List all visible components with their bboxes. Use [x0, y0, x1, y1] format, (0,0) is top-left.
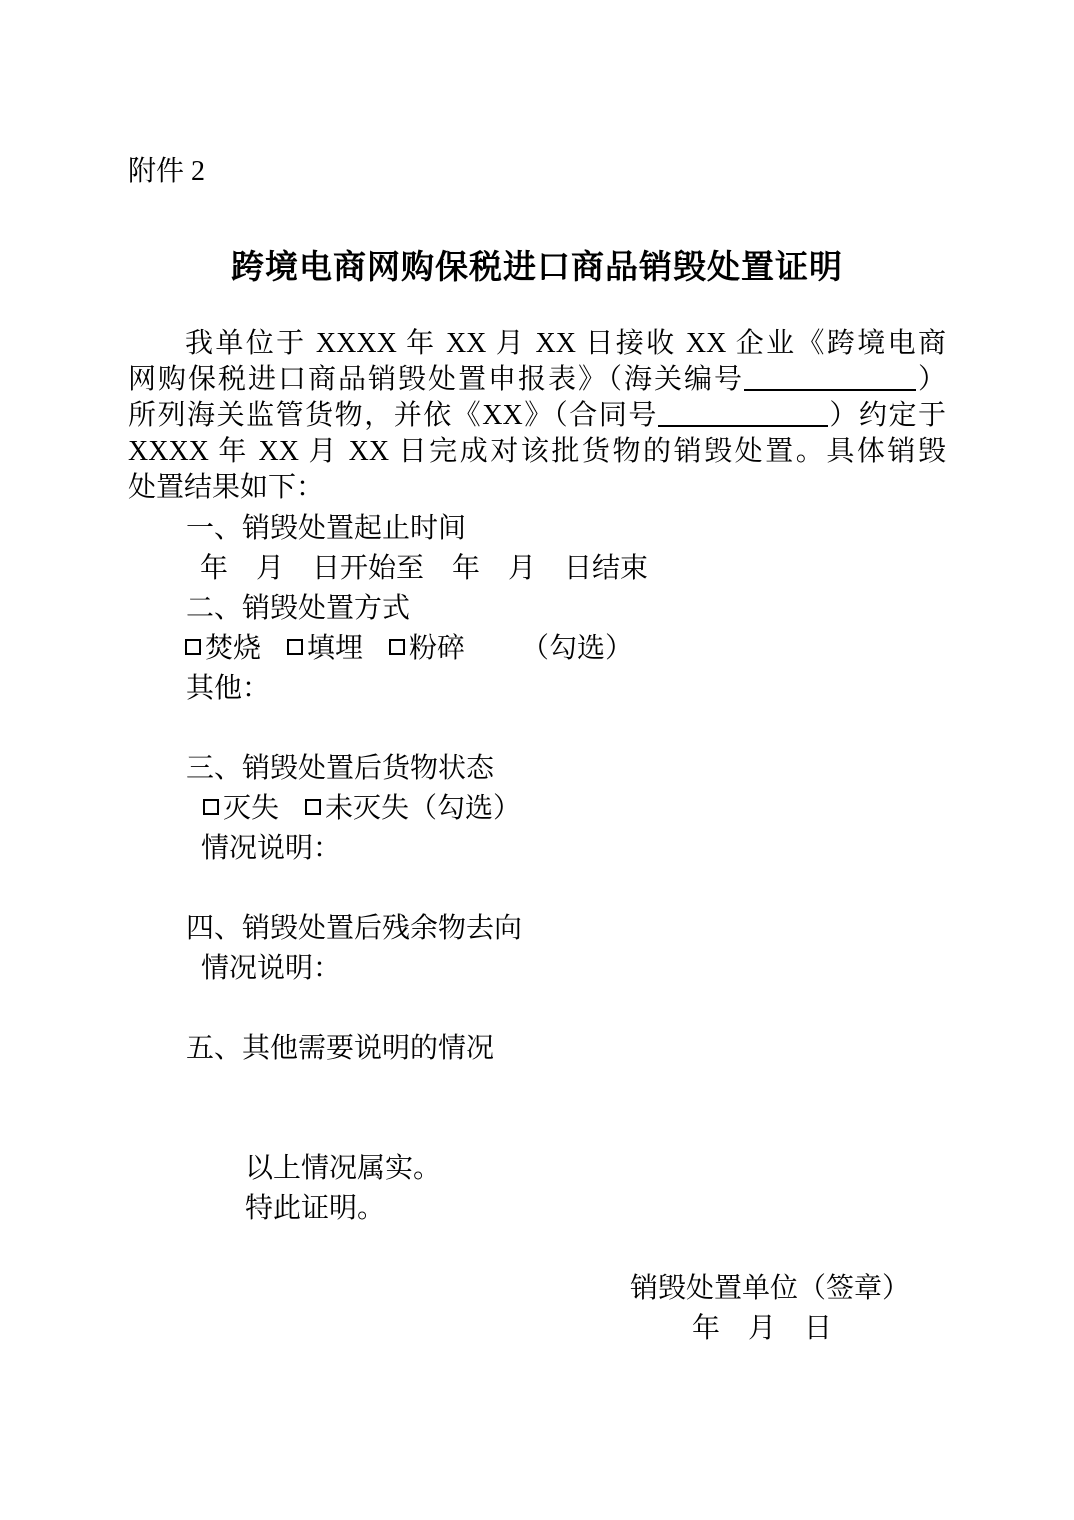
spacer [128, 869, 946, 909]
date-range-line: 年 月 日开始至 年 月 日结束 [128, 549, 946, 589]
checkbox-destroyed-icon [203, 799, 219, 815]
intro-line-3: 所列海关监管货物，并依《XX》（合同号）约定于 [128, 398, 946, 434]
option-landfill: 填埋 [287, 633, 363, 664]
contract-number-blank [658, 405, 828, 427]
tick-hint: （勾选） [521, 633, 633, 664]
signature-unit-label: 销毁处置单位（签章） [128, 1269, 946, 1309]
attachment-label: 附件 2 [128, 154, 205, 190]
spacer [128, 989, 946, 1029]
option-incinerate-label: 焚烧 [205, 633, 261, 664]
option-incinerate: 焚烧 [185, 633, 261, 664]
intro-line-2-text: 网购保税进口商品销毁处置申报表》（海关编号 [128, 364, 744, 395]
spacer [128, 709, 946, 749]
closing-statement-1: 以上情况属实。 [128, 1149, 946, 1189]
option-not-destroyed: 未灭失 [305, 793, 409, 824]
checkbox-not-destroyed-icon [305, 799, 321, 815]
checkbox-incinerate-icon [185, 639, 201, 655]
goods-state-options: 灭失未灭失（勾选） [128, 789, 946, 829]
intro-line-3-text: 所列海关监管货物，并依《XX》（合同号 [128, 400, 658, 431]
spacer [128, 1109, 946, 1149]
other-method-label: 其他： [128, 669, 946, 709]
disposal-method-options: 焚烧填埋粉碎（勾选） [128, 629, 946, 669]
option-not-destroyed-label: 未灭失 [325, 793, 409, 824]
option-landfill-label: 填埋 [307, 633, 363, 664]
intro-line-4: XXXX 年 XX 月 XX 日完成对该批货物的销毁处置。具体销毁 [128, 434, 946, 470]
intro-line-2-close: ） [916, 364, 946, 395]
document-page: 附件 2 跨境电商网购保税进口商品销毁处置证明 我单位于 XXXX 年 XX 月… [0, 0, 1074, 1520]
tick-hint-2: （勾选） [409, 793, 521, 824]
section-2-heading: 二、销毁处置方式 [128, 589, 946, 629]
intro-line-1: 我单位于 XXXX 年 XX 月 XX 日接收 XX 企业《跨境电商 [128, 326, 946, 362]
intro-line-2: 网购保税进口商品销毁处置申报表》（海关编号） [128, 362, 946, 398]
option-destroyed: 灭失 [203, 793, 279, 824]
intro-line-3-close: ）约定于 [828, 400, 946, 431]
intro-line-5: 处置结果如下： [128, 470, 946, 506]
checkbox-shred-icon [389, 639, 405, 655]
residue-note-label: 情况说明： [128, 949, 946, 989]
intro-paragraph: 我单位于 XXXX 年 XX 月 XX 日接收 XX 企业《跨境电商 网购保税进… [128, 326, 946, 506]
option-shred-label: 粉碎 [409, 633, 465, 664]
document-title: 跨境电商网购保税进口商品销毁处置证明 [0, 248, 1074, 288]
spacer [128, 1069, 946, 1109]
form-body: 一、销毁处置起止时间 年 月 日开始至 年 月 日结束 二、销毁处置方式 焚烧填… [128, 509, 946, 1349]
signature-date-line: 年 月 日 [128, 1309, 946, 1349]
checkbox-landfill-icon [287, 639, 303, 655]
section-1-heading: 一、销毁处置起止时间 [128, 509, 946, 549]
spacer [128, 1229, 946, 1269]
section-3-heading: 三、销毁处置后货物状态 [128, 749, 946, 789]
option-shred: 粉碎 [389, 633, 465, 664]
option-destroyed-label: 灭失 [223, 793, 279, 824]
goods-state-note-label: 情况说明： [128, 829, 946, 869]
section-4-heading: 四、销毁处置后残余物去向 [128, 909, 946, 949]
section-5-heading: 五、其他需要说明的情况 [128, 1029, 946, 1069]
customs-number-blank [744, 369, 916, 391]
closing-statement-2: 特此证明。 [128, 1189, 946, 1229]
